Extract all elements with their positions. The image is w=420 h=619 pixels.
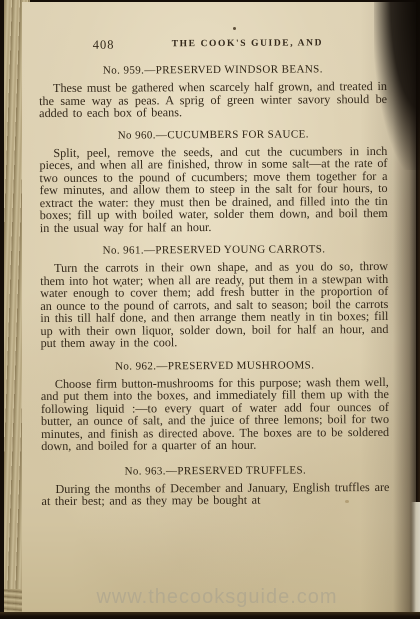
page-number: 408 bbox=[93, 38, 115, 53]
section-heading-960: No 960.—CUCUMBERS FOR SAUCE. bbox=[39, 127, 387, 141]
section-body-963: During the months of December and Januar… bbox=[41, 480, 389, 507]
section-body-959: These must be gathered when scarcely hal… bbox=[39, 80, 387, 120]
section-heading-961: No. 961.—PRESERVED YOUNG CARROTS. bbox=[40, 243, 388, 257]
page-header: 408 THE COOK'S GUIDE, AND bbox=[39, 36, 387, 52]
section-body-962: Choose firm button-mushrooms for this pu… bbox=[41, 375, 389, 452]
section-body-960: Split, peel, remove the seeds, and cut t… bbox=[39, 144, 388, 234]
section-heading-963: No. 963.—PRESERVED TRUFFLES. bbox=[41, 463, 389, 477]
section-heading-959: No. 959.—PRESERVED WINDSOR BEANS. bbox=[39, 63, 387, 77]
watermark-text: www.thecooksguide.com bbox=[22, 586, 412, 609]
bottom-border bbox=[0, 612, 420, 619]
section-heading-962: No. 962.—PRESERVED MUSHROOMS. bbox=[41, 358, 389, 372]
book-page-scan: 408 THE COOK'S GUIDE, AND No. 959.—PRESE… bbox=[0, 0, 420, 619]
section-body-961: Turn the carrots in their own shape, and… bbox=[40, 260, 389, 350]
running-title: THE COOK'S GUIDE, AND bbox=[172, 38, 323, 49]
next-page-edge bbox=[411, 502, 420, 612]
printed-content: 408 THE COOK'S GUIDE, AND No. 959.—PRESE… bbox=[38, 0, 389, 508]
